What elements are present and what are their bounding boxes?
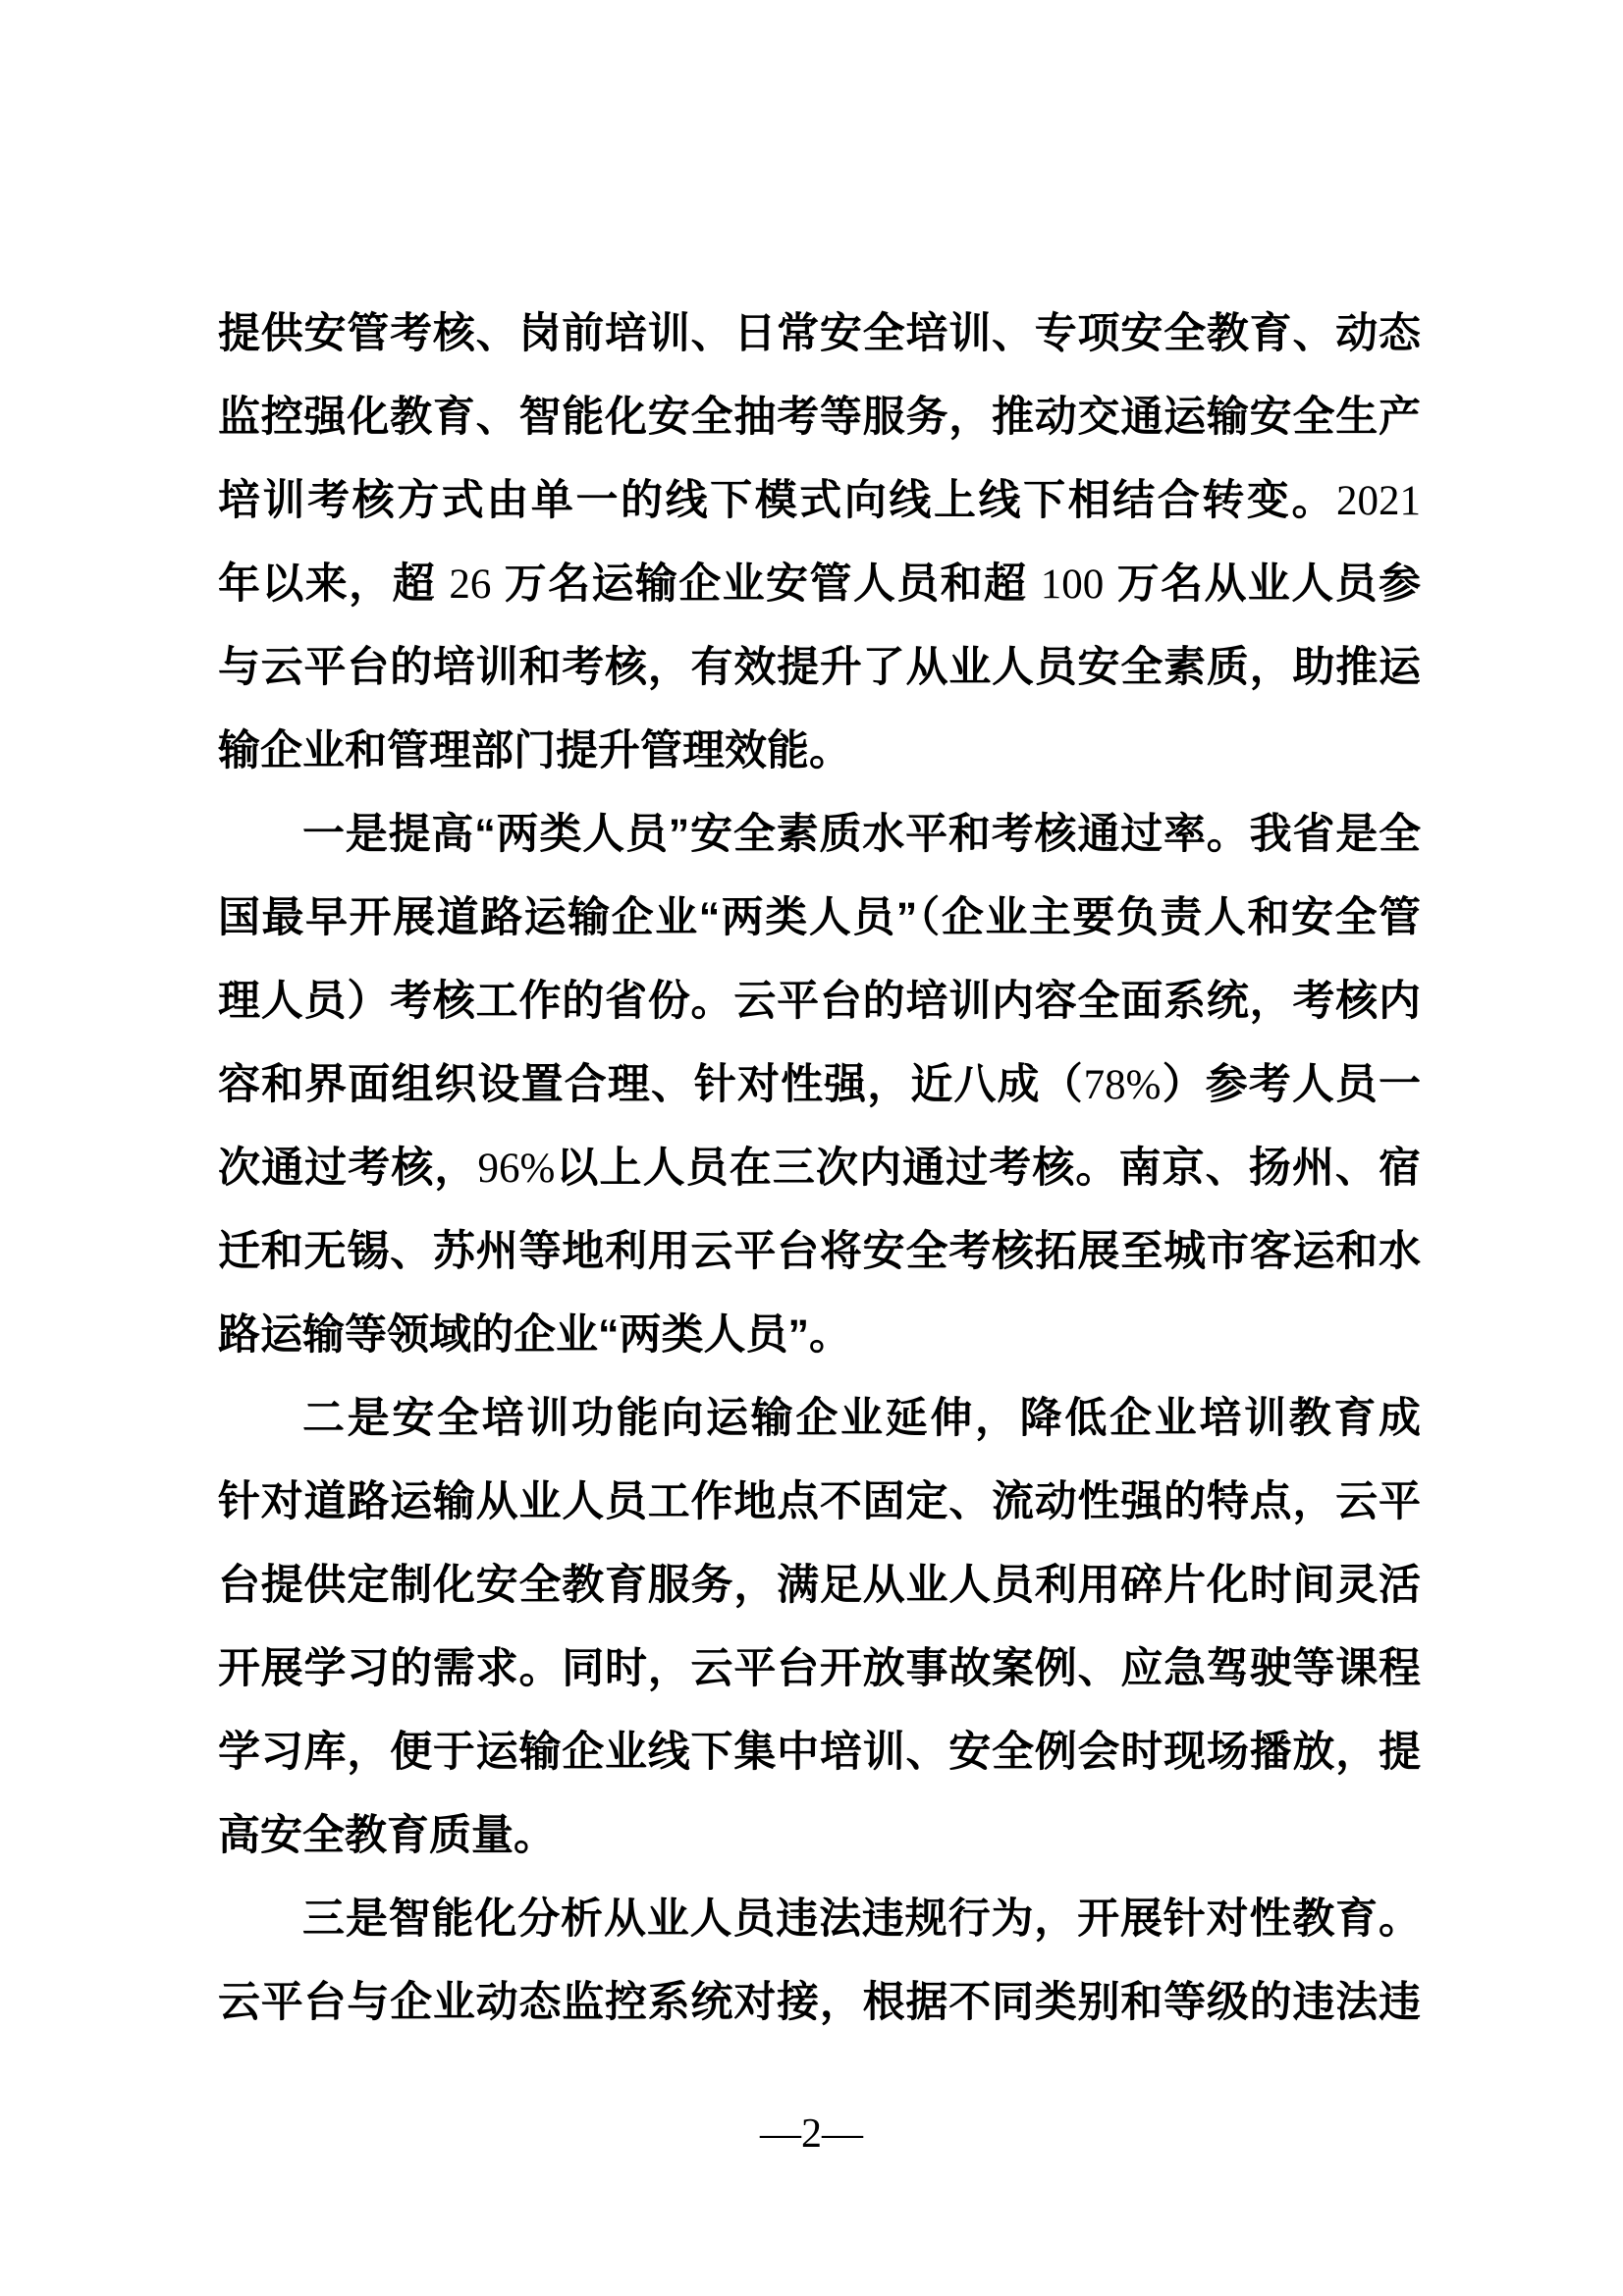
text-line: 三是智能化分析从业人员违法违规行为，开展针对性教育。 xyxy=(218,1878,1421,1961)
text-line: 培训考核方式由单一的线下模式向线上线下相结合转变。2021 xyxy=(218,459,1421,543)
text-line: 学习库，便于运输企业线下集中培训、安全例会时现场播放，提 xyxy=(218,1711,1421,1794)
latin-text: 78% xyxy=(1084,1062,1162,1108)
text-line: 针对道路运输从业人员工作地点不固定、流动性强的特点，云平 xyxy=(218,1461,1421,1544)
document-page: 提供安管考核、岗前培训、日常安全培训、专项安全教育、动态监控强化教育、智能化安全… xyxy=(0,0,1623,2296)
text-line: 次通过考核，96%以上人员在三次内通过考核。南京、扬州、宿 xyxy=(218,1127,1421,1210)
page-number-label: —2— xyxy=(0,2109,1623,2160)
text-line: 迁和无锡、苏州等地利用云平台将安全考核拓展至城市客运和水 xyxy=(218,1210,1421,1294)
latin-text: 2021 xyxy=(1336,478,1421,524)
text-line: 监控强化教育、智能化安全抽考等服务，推动交通运输安全生产 xyxy=(218,376,1421,459)
text-line: 输企业和管理部门提升管理效能。 xyxy=(218,710,1421,793)
text-line: 一是提高“两类人员”安全素质水平和考核通过率。我省是全 xyxy=(218,793,1421,877)
latin-text: 96% xyxy=(478,1146,556,1192)
text-line: 年以来，超 26 万名运输企业安管人员和超 100 万名从业人员参 xyxy=(218,543,1421,626)
text-line: 高安全教育质量。 xyxy=(218,1794,1421,1878)
text-line: 提供安管考核、岗前培训、日常安全培训、专项安全教育、动态 xyxy=(218,293,1421,376)
text-line: 台提供定制化安全教育服务，满足从业人员利用碎片化时间灵活 xyxy=(218,1544,1421,1628)
latin-text: 26 xyxy=(449,561,491,608)
text-line: 容和界面组织设置合理、针对性强，近八成（78%）参考人员一 xyxy=(218,1043,1421,1127)
text-line: 路运输等领域的企业“两类人员”。 xyxy=(218,1294,1421,1377)
text-line: 云平台与企业动态监控系统对接，根据不同类别和等级的违法违 xyxy=(218,1961,1421,2045)
text-line: 与云平台的培训和考核，有效提升了从业人员安全素质，助推运 xyxy=(218,626,1421,710)
text-line: 国最早开展道路运输企业“两类人员”（企业主要负责人和安全管 xyxy=(218,877,1421,960)
text-line: 开展学习的需求。同时，云平台开放事故案例、应急驾驶等课程 xyxy=(218,1628,1421,1711)
body-text: 提供安管考核、岗前培训、日常安全培训、专项安全教育、动态监控强化教育、智能化安全… xyxy=(218,293,1421,2045)
text-line: 二是安全培训功能向运输企业延伸，降低企业培训教育成本。 xyxy=(218,1377,1421,1461)
latin-text: 100 xyxy=(1041,561,1105,608)
text-line: 理人员）考核工作的省份。云平台的培训内容全面系统，考核内 xyxy=(218,960,1421,1043)
